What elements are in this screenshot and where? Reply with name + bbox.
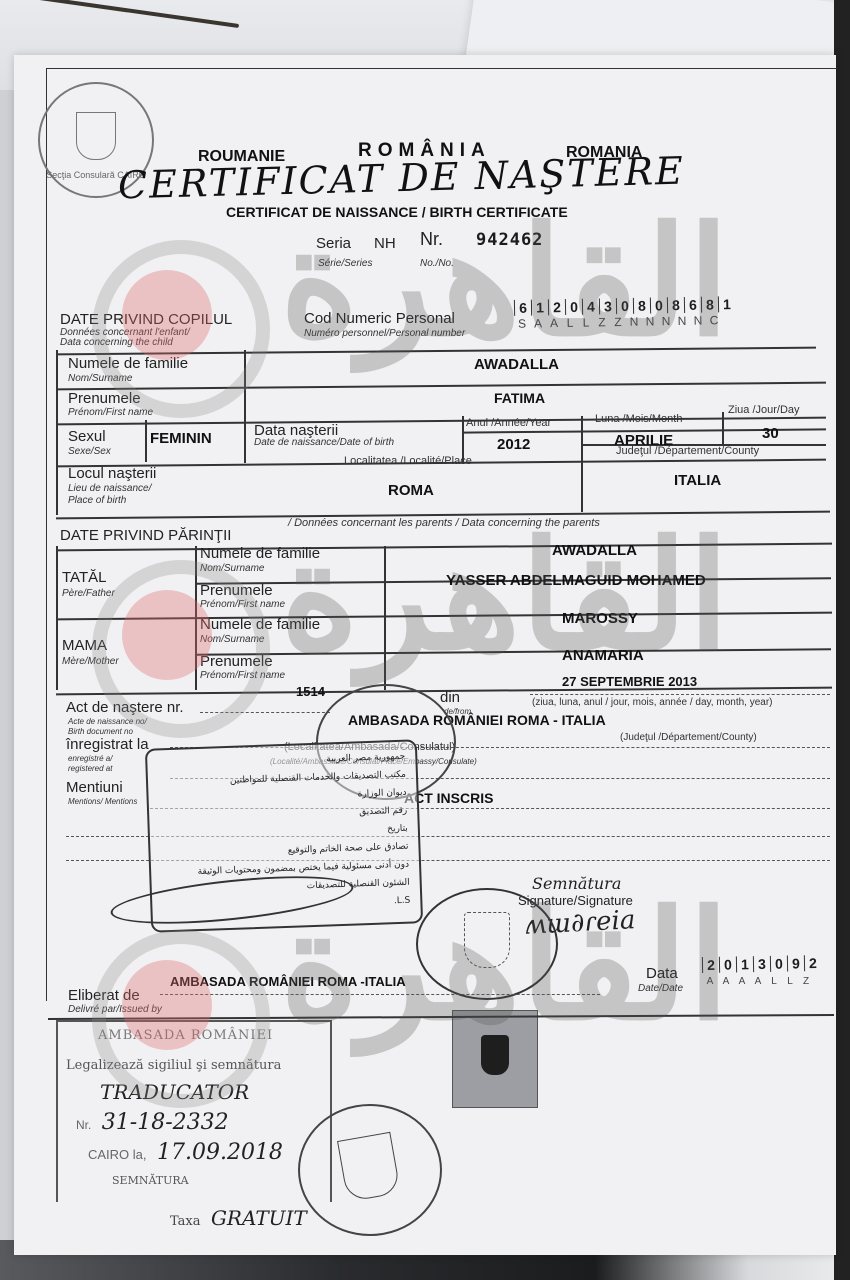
cnp-digit: 8 [633,298,650,314]
act-label: Act de naştere nr. [66,700,184,715]
birth-year: 2012 [497,436,530,453]
child-firstname: FATIMA [494,390,545,406]
number-sub: No./No. [420,258,454,269]
surname-sub: Nom/Surname [68,373,132,384]
pob-label: Locul naşterii [68,466,156,481]
firstname-sub: Prénom/First name [68,407,153,418]
date-digit: 0 [770,956,787,972]
mother-label: MAMA [62,638,107,653]
surname-label: Numele de familie [68,356,188,371]
registered-sub2: registered at [68,763,112,774]
document-subtitle: CERTIFICAT DE NAISSANCE / BIRTH CERTIFIC… [226,204,568,220]
cnp-legend-char: L [578,315,594,329]
date-digit: 2 [804,955,821,971]
cnp-digit: 0 [616,298,633,314]
cnp-legend-char: A [546,316,562,330]
din-label: din [440,690,460,705]
date-legend-char: L [782,976,798,987]
mother-firstname-sub: Prénom/First name [200,670,285,681]
eagle-icon [481,1035,509,1075]
cnp-digit: 0 [565,299,582,315]
signature-label: Semnătura [532,874,621,893]
number-prefix: Nr. [76,1118,91,1132]
locality-label: Localitatea /Localité/Place [344,456,472,467]
child-section-sub2: Data concerning the child [60,337,173,348]
father-label: TATĂL [62,570,106,585]
county-hint: (Judeţul /Département/County) [620,732,757,743]
legalization-role: TRADUCATOR [100,1080,249,1104]
day-label: Ziua /Jour/Day [728,405,800,416]
issued-by: AMBASADA ROMÂNIEI ROMA -ITALIA [170,974,406,989]
sex-sub: Sexe/Sex [68,446,111,457]
sex-label: Sexul [68,429,106,444]
mentions-label: Mentiuni [66,780,123,795]
birth-day: 30 [762,425,779,442]
legalization-sign-label: SEMNĂTURA [112,1174,189,1187]
coat-of-arms-icon [76,112,116,160]
child-section-title: DATE PRIVIND COPILUL [60,312,232,327]
tax-row: Taxa GRATUIT [170,1206,307,1230]
date-hint: (ziua, luna, anul / jour, mois, année / … [532,697,773,708]
firstname-label: Prenumele [68,391,141,406]
parents-section-sub: / Données concernant les parents / Data … [288,518,600,529]
date-legend-char: A [718,976,734,987]
cnp-digit: 8 [667,297,684,313]
registered-label: înregistrat la [66,737,149,752]
cnp-legend-char: S [514,317,530,331]
tax-value: GRATUIT [211,1206,307,1230]
legalization-place: CAIRO la, [88,1147,147,1162]
revenue-stamp [452,1010,538,1108]
date-legend-char: Z [798,976,814,987]
issue-date-sub: Date/Date [638,983,683,994]
legalization-number: 31-18-2332 [102,1110,229,1135]
legalization-header: AMBASADA ROMÂNIEI [98,1028,273,1043]
mother-sub: Mère/Mother [62,656,119,667]
father-surname-sub: Nom/Surname [200,563,264,574]
cnp-digit: 8 [701,296,718,312]
birth-locality: ROMA [388,482,434,499]
cnp-digit: 6 [684,297,701,313]
issue-date-label: Data [646,966,678,981]
birth-county: ITALIA [674,472,721,489]
father-firstname: YASSER ABDELMAGUID MOHAMED [446,572,706,589]
series-value: NH [374,236,396,251]
cnp-legend-char: Z [610,315,626,329]
mother-firstname-label: Prenumele [200,654,273,669]
series-label: Seria [316,236,351,251]
mother-firstname: ANAMARIA [562,647,644,664]
act-date: 27 SEPTEMBRIE 2013 [562,674,697,689]
father-surname: AWADALLA [552,542,637,559]
mother-surname-label: Numele de familie [200,617,320,632]
legalization-date: 17.09.2018 [157,1140,283,1165]
issued-label: Eliberat de [68,988,140,1003]
egypt-eagle-stamp [416,888,558,1000]
cnp-digit: 1 [531,299,548,315]
cnp-digit: 6 [514,300,531,316]
date-digit: 2 [702,957,719,973]
cnp-digit: 2 [548,299,565,315]
date-legend-char: A [702,976,718,987]
date-digit: 0 [719,956,736,972]
date-digit: 3 [753,956,770,972]
month-label: Luna /Mois/Month [595,414,682,425]
romanian-consular-round-stamp [298,1104,442,1236]
cnp-legend-char: Z [594,315,610,329]
cnp-legend-char: N [674,314,690,328]
cnp-legend-char: L [562,316,578,330]
legalization-date-row: CAIRO la, 17.09.2018 [88,1140,283,1165]
mother-surname-sub: Nom/Surname [200,634,264,645]
mentions-sub: Mentions/ Mentions [68,796,137,807]
cnp-digit: 0 [650,297,667,313]
pob-sub2: Place of birth [68,495,126,506]
issue-date-legend: AAAALLZ [702,976,814,987]
pob-sub: Lieu de naissance/ [68,483,151,494]
act-number: 1514 [296,684,325,699]
date-legend-char: L [766,976,782,987]
number-label: Nr. [420,232,443,247]
series-sub: Série/Series [318,258,372,269]
date-digit: 1 [736,956,753,972]
county-label: Judeţul /Département/County [616,446,759,457]
dob-sub: Date de naissance/Date of birth [254,437,394,448]
eagle-icon [464,912,510,968]
issue-date-digits: 2013092 [702,955,821,973]
cnp-legend-char: C [706,313,722,327]
cnp-sub: Numéro personnel/Personal number [304,328,465,339]
year-label: Anul /Année/Year [466,418,551,429]
legalization-stamp: AMBASADA ROMÂNIEI Legalizează sigiliul ş… [56,1020,332,1202]
child-sex: FEMININ [150,430,212,447]
father-sub: Père/Father [62,588,115,599]
cnp-label: Cod Numeric Personal [304,311,455,326]
cnp-legend-char: N [690,313,706,327]
cnp-digit: 4 [582,298,599,314]
certificate-number: 942462 [476,230,543,250]
child-surname: AWADALLA [474,356,559,373]
father-firstname-label: Prenumele [200,583,273,598]
tax-label: Taxa [170,1214,201,1229]
parents-section-title: DATE PRIVIND PĂRINŢII [60,528,231,543]
cnp-legend-char: N [642,314,658,328]
dob-label: Data naşterii [254,423,338,438]
issued-sub: Delivré par/Issued by [68,1004,162,1015]
father-firstname-sub: Prénom/First name [200,599,285,610]
date-legend-char: A [734,976,750,987]
cnp-digit: 3 [599,298,616,314]
legalization-line: Legalizează sigiliul şi semnătura [66,1058,281,1073]
cnp-legend-char: A [530,316,546,330]
legalization-number-row: Nr. 31-18-2332 [76,1110,229,1135]
mother-surname: MAROSSY [562,610,638,627]
father-surname-label: Numele de familie [200,546,320,561]
cnp-legend-char: N [626,315,642,329]
coat-of-arms-icon [337,1132,401,1202]
cnp-legend-char: N [658,314,674,328]
cnp-digit: 1 [718,296,735,312]
date-legend-char: A [750,976,766,987]
date-digit: 9 [787,955,804,971]
